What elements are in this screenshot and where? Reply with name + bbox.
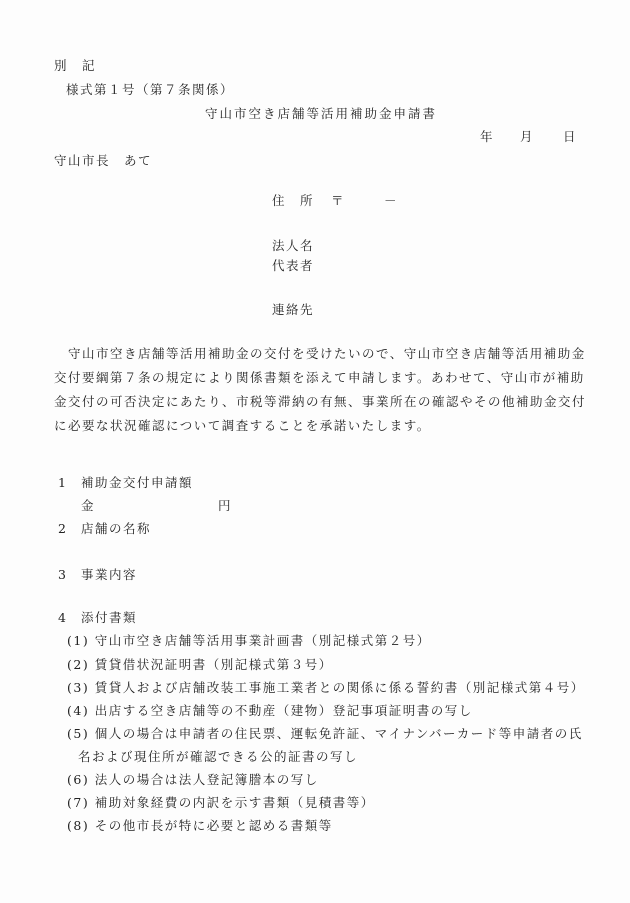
item-number-1: 1 [58, 475, 67, 491]
attachment-number: (4) [67, 703, 89, 718]
item-label-2: 店舗の名称 [81, 521, 151, 537]
attachment-number: (1) [67, 633, 89, 648]
attachment-text: 出店する空き店舗等の不動産（建物）登記事項証明書の写し [95, 703, 473, 718]
amount-unit: 円 [218, 498, 232, 514]
attachment-number: (2) [67, 657, 89, 672]
attachment-number: (3) [67, 680, 89, 695]
item-number-3: 3 [58, 567, 67, 583]
postal-mark: 〒 [331, 193, 345, 209]
attachment-7: (7) 補助対象経費の内訳を示す書類（見積書等） [67, 795, 375, 811]
date-day-label: 日 [563, 129, 577, 145]
amount-prefix: 金 [81, 498, 95, 514]
item-number-2: 2 [58, 521, 67, 537]
body-line-4: に必要な状況確認について調査することを承諾いたします。 [54, 418, 431, 434]
attachment-5-continued: 名および現住所が確認できる公的証書の写し [78, 749, 358, 765]
attachment-text: 補助対象経費の内訳を示す書類（見積書等） [95, 795, 375, 810]
address-label: 住 所 [272, 193, 314, 209]
body-line-3: 金交付の可否決定にあたり、市税等滞納の有無、事業所在の確認やその他補助金交付 [54, 394, 586, 410]
corp-name-label: 法人名 [272, 238, 314, 254]
body-line-2: 交付要綱第７条の規定により関係書類を添えて申請します。あわせて、守山市が補助 [54, 370, 585, 386]
item-label-1: 補助金交付申請額 [81, 475, 193, 491]
addressee: 守山市長 あて [54, 153, 152, 169]
date-year-label: 年 [480, 129, 494, 145]
attachment-8: (8) その他市長が特に必要と認める書類等 [67, 818, 333, 834]
annex-label: 別 記 [54, 58, 96, 74]
attachment-number: (8) [67, 818, 89, 833]
attachment-text: 守山市空き店舗等活用事業計画書（別記様式第２号） [95, 633, 431, 648]
date-month-label: 月 [520, 129, 534, 145]
attachment-number: (6) [67, 772, 89, 787]
item-label-3: 事業内容 [81, 567, 137, 583]
form-number: 様式第１号（第７条関係） [66, 82, 234, 98]
item-label-4: 添付書類 [81, 610, 137, 626]
attachment-text: その他市長が特に必要と認める書類等 [95, 818, 333, 833]
attachment-text: 個人の場合は申請者の住民票、運転免許証、マイナンバーカード等申請者の氏 [95, 726, 583, 741]
attachment-2: (2) 賃貸借状況証明書（別記様式第３号） [67, 657, 333, 673]
attachment-number: (5) [67, 726, 89, 741]
attachment-3: (3) 賃貸人および店舗改装工事施工業者との関係に係る誓約書（別記様式第４号） [67, 680, 585, 696]
attachment-text: 法人の場合は法人登記簿謄本の写し [95, 772, 319, 787]
attachment-text: 賃貸借状況証明書（別記様式第３号） [95, 657, 333, 672]
attachment-4: (4) 出店する空き店舗等の不動産（建物）登記事項証明書の写し [67, 703, 473, 719]
postal-dash: － [384, 193, 398, 209]
body-line-1: 守山市空き店舗等活用補助金の交付を受けたいので、守山市空き店舗等活用補助金 [54, 346, 586, 362]
representative-label: 代表者 [272, 258, 314, 274]
attachment-5: (5) 個人の場合は申請者の住民票、運転免許証、マイナンバーカード等申請者の氏 [67, 726, 583, 742]
attachment-number: (7) [67, 795, 89, 810]
contact-label: 連絡先 [272, 302, 314, 318]
page-title: 守山市空き店舗等活用補助金申請書 [205, 106, 437, 122]
item-number-4: 4 [58, 610, 67, 626]
attachment-1: (1) 守山市空き店舗等活用事業計画書（別記様式第２号） [67, 633, 431, 649]
attachment-6: (6) 法人の場合は法人登記簿謄本の写し [67, 772, 319, 788]
attachment-text: 賃貸人および店舗改装工事施工業者との関係に係る誓約書（別記様式第４号） [95, 680, 585, 695]
